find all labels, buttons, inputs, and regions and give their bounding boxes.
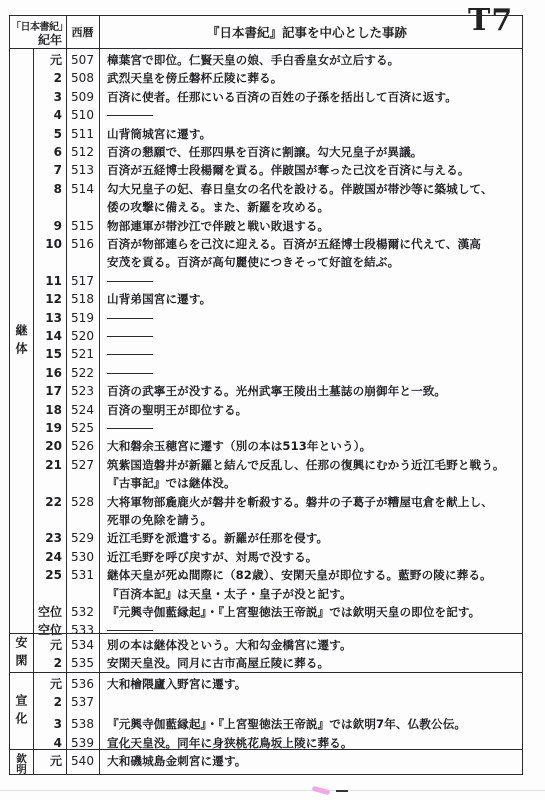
regnal-year: 17 <box>33 382 62 400</box>
regnal-year: 元 <box>33 51 62 69</box>
event-text <box>107 106 516 124</box>
event-text: 『元興寺伽藍縁起』・『上宮聖徳法王帝説』では欽明天皇の即位を記す。 <box>107 603 516 621</box>
event-text: 物部連軍が帯沙江で伴跛と戦い敗退する。 <box>107 217 516 235</box>
western-year: 517 <box>66 272 99 290</box>
western-year: 522 <box>66 364 99 382</box>
event-text: 大和檜隈廬入野宮に遷す。 <box>107 675 516 693</box>
table-row: 元534別の本は継体没という。大和勾金橋宮に遷す。 <box>10 636 522 654</box>
regnal-year: 10 <box>33 235 62 253</box>
table-row: 2508武烈天皇を傍丘磐杯丘陵に葬る。 <box>10 69 522 87</box>
table-row: 3538『元興寺伽藍縁起』・『上宮聖徳法王帝説』では欽明7年、仏教公伝。 <box>10 715 522 733</box>
header-events: 『日本書紀』記事を中心とした事跡 <box>99 16 522 48</box>
event-text: 死罪の免除を請う。 <box>107 511 516 529</box>
era-section: 継体元507樟葉宮で即位。仁賢天皇の娘、手白香皇女が立后する。2508武烈天皇を… <box>10 51 522 633</box>
event-text: 大和磯城島金刺宮に遷す。 <box>107 752 516 770</box>
regnal-year: 元 <box>33 675 62 693</box>
western-year: 515 <box>66 217 99 235</box>
no-record-dash <box>107 630 153 631</box>
western-year: 512 <box>66 143 99 161</box>
event-text: 武烈天皇を傍丘磐杯丘陵に葬る。 <box>107 69 516 87</box>
regnal-year: 2 <box>33 654 62 672</box>
event-text: 百済が物部連らを己汶に迎える。百済が五経博士段楊爾に代えて、漢高 <box>107 235 516 253</box>
table-row: 16522 <box>10 364 522 382</box>
western-year: 527 <box>66 456 99 474</box>
regnal-year: 2 <box>33 69 62 87</box>
header-seireki: 西暦 <box>66 16 100 48</box>
western-year: 535 <box>66 654 99 672</box>
regnal-year: 9 <box>33 217 62 235</box>
event-text: 山背弟国宮に遷す。 <box>107 290 516 308</box>
table-row: 9515物部連軍が帯沙江で伴跛と戦い敗退する。 <box>10 217 522 235</box>
no-record-dash <box>107 318 153 319</box>
era-section: 欽明元540大和磯城島金刺宮に遷す。 <box>10 749 522 777</box>
no-record-dash <box>107 354 153 355</box>
table-row: 元507樟葉宮で即位。仁賢天皇の娘、手白香皇女が立后する。 <box>10 51 522 69</box>
event-text <box>107 419 516 437</box>
event-text: 安茂を貢る。百済が高句麗使につきそって好誼を結ぶ。 <box>107 253 516 271</box>
regnal-year: 24 <box>33 548 62 566</box>
table-row: 19525 <box>10 419 522 437</box>
table-row: 7513百済が五経博士段楊爾を貢る。伴跛国が奪った己汶を百済に与える。 <box>10 161 522 179</box>
regnal-year: 18 <box>33 401 62 419</box>
table-row: 14520 <box>10 327 522 345</box>
regnal-year: 15 <box>33 345 62 363</box>
western-year: 508 <box>66 69 99 87</box>
western-year: 529 <box>66 529 99 547</box>
era-section: 安閑元534別の本は継体没という。大和勾金橋宮に遷す。2535安閑天皇没。同月に… <box>10 633 522 673</box>
western-year: 536 <box>66 675 99 693</box>
table-row: 25531継体天皇が死ぬ間際に（82歳）、安閑天皇が即位する。藍野の陵に葬る。 <box>10 566 522 584</box>
table-row-continuation: 『古事記』では継体没。 <box>10 474 522 492</box>
table-row: 24530近江毛野を呼び戻すが、対馬で没する。 <box>10 548 522 566</box>
regnal-year: 21 <box>33 456 62 474</box>
western-year: 528 <box>66 493 99 511</box>
event-text: 大将軍物部麁鹿火が磐井を斬殺する。磐井の子葛子が糟屋屯倉を献上し、 <box>107 493 516 511</box>
table-row: 13519 <box>10 309 522 327</box>
era-section: 宣化元536大和檜隈廬入野宮に遷す。25373538『元興寺伽藍縁起』・『上宮聖… <box>10 672 522 750</box>
table-row: 11517 <box>10 272 522 290</box>
western-year: 538 <box>66 715 99 733</box>
western-year: 530 <box>66 548 99 566</box>
no-record-dash <box>107 336 153 337</box>
table-row: 2535安閑天皇没。同月に古市高屋丘陵に葬る。 <box>10 654 522 672</box>
table-row: 15521 <box>10 345 522 363</box>
regnal-year: 6 <box>33 143 62 161</box>
western-year: 540 <box>66 752 99 770</box>
table-row: 元540大和磯城島金刺宮に遷す。 <box>10 752 522 770</box>
event-text: 倭の攻撃に備える。また、新羅を攻める。 <box>107 198 516 216</box>
table-row: 5511山背筒城宮に遷す。 <box>10 125 522 143</box>
table-row: 18524百済の聖明王が即位する。 <box>10 401 522 419</box>
western-year: 507 <box>66 51 99 69</box>
event-text: 『元興寺伽藍縁起』・『上宮聖徳法王帝説』では欽明7年、仏教公伝。 <box>107 715 516 733</box>
western-year: 519 <box>66 309 99 327</box>
scan-edge <box>0 790 545 791</box>
western-year: 509 <box>66 88 99 106</box>
table-row: 12518山背弟国宮に遷す。 <box>10 290 522 308</box>
event-text: 樟葉宮で即位。仁賢天皇の娘、手白香皇女が立后する。 <box>107 51 516 69</box>
western-year: 537 <box>66 693 99 711</box>
table-row-continuation: 倭の攻撃に備える。また、新羅を攻める。 <box>10 198 522 216</box>
western-year: 511 <box>66 125 99 143</box>
event-text <box>107 327 516 345</box>
event-text: 百済の懇願で、任那四県を百済に割譲。勾大兄皇子が異議。 <box>107 143 516 161</box>
regnal-year: 元 <box>33 752 62 770</box>
table-header: 「日本書紀」 紀年 西暦 『日本書紀』記事を中心とした事跡 <box>10 16 522 49</box>
regnal-year: 16 <box>33 364 62 382</box>
western-year: 514 <box>66 180 99 198</box>
regnal-year: 22 <box>33 493 62 511</box>
western-year: 534 <box>66 636 99 654</box>
table-row: 10516百済が物部連らを己汶に迎える。百済が五経博士段楊爾に代えて、漢高 <box>10 235 522 253</box>
western-year: 526 <box>66 437 99 455</box>
event-text: 『古事記』では継体没。 <box>107 474 516 492</box>
no-record-dash <box>107 115 153 116</box>
regnal-year: 3 <box>33 715 62 733</box>
table-row: 8514勾大兄皇子の妃、春日皇女の名代を設ける。伴跛国が帯沙等に築城して、 <box>10 180 522 198</box>
western-year: 516 <box>66 235 99 253</box>
pink-mark <box>312 786 331 795</box>
event-text: 『百済本記』は天皇・太子・皇子が没と記す。 <box>107 585 516 603</box>
regnal-year: 20 <box>33 437 62 455</box>
regnal-year: 19 <box>33 419 62 437</box>
table-row: 4510 <box>10 106 522 124</box>
event-text <box>107 364 516 382</box>
header-nenki: 「日本書紀」 紀年 <box>10 16 67 48</box>
event-text: 大和磐余玉穂宮に遷す（別の本は513年という）。 <box>107 437 516 455</box>
table-row: 21527筑紫国造磐井が新羅と結んで反乱し、任那の復興にむかう近江毛野と戦う。 <box>10 456 522 474</box>
regnal-year: 7 <box>33 161 62 179</box>
table-row: 2537 <box>10 693 522 711</box>
event-text: 百済の武寧王が没する。光州武寧王陵出土墓誌の崩御年と一致。 <box>107 382 516 400</box>
event-text: 継体天皇が死ぬ間際に（82歳）、安閑天皇が即位する。藍野の陵に葬る。 <box>107 566 516 584</box>
event-text <box>107 309 516 327</box>
western-year: 525 <box>66 419 99 437</box>
table-row: 3509百済に使者。任那にいる百済の百姓の子孫を括出して百済に返す。 <box>10 88 522 106</box>
regnal-year: 4 <box>33 106 62 124</box>
event-text: 勾大兄皇子の妃、春日皇女の名代を設ける。伴跛国が帯沙等に築城して、 <box>107 180 516 198</box>
table-row: 20526大和磐余玉穂宮に遷す（別の本は513年という）。 <box>10 437 522 455</box>
ink-mark <box>336 790 348 792</box>
western-year: 532 <box>66 603 99 621</box>
regnal-year: 5 <box>33 125 62 143</box>
table-row: 17523百済の武寧王が没する。光州武寧王陵出土墓誌の崩御年と一致。 <box>10 382 522 400</box>
event-text: 安閑天皇没。同月に古市高屋丘陵に葬る。 <box>107 654 516 672</box>
regnal-year: 12 <box>33 290 62 308</box>
event-text <box>107 272 516 290</box>
regnal-year: 2 <box>33 693 62 711</box>
table-row: 6512百済の懇願で、任那四県を百済に割譲。勾大兄皇子が異議。 <box>10 143 522 161</box>
western-year: 520 <box>66 327 99 345</box>
event-text: 百済の聖明王が即位する。 <box>107 401 516 419</box>
regnal-year: 元 <box>33 636 62 654</box>
regnal-year: 13 <box>33 309 62 327</box>
western-year: 531 <box>66 566 99 584</box>
regnal-year: 14 <box>33 327 62 345</box>
table-row: 空位532『元興寺伽藍縁起』・『上宮聖徳法王帝説』では欽明天皇の即位を記す。 <box>10 603 522 621</box>
regnal-year: 25 <box>33 566 62 584</box>
western-year: 518 <box>66 290 99 308</box>
chronology-table: 「日本書紀」 紀年 西暦 『日本書紀』記事を中心とした事跡 継体元507樟葉宮で… <box>9 15 523 775</box>
event-text: 百済に使者。任那にいる百済の百姓の子孫を括出して百済に返す。 <box>107 88 516 106</box>
western-year: 513 <box>66 161 99 179</box>
event-text: 百済が五経博士段楊爾を貢る。伴跛国が奪った己汶を百済に与える。 <box>107 161 516 179</box>
regnal-year: 空位 <box>33 603 62 621</box>
western-year: 521 <box>66 345 99 363</box>
event-text <box>107 345 516 363</box>
western-year: 523 <box>66 382 99 400</box>
western-year: 524 <box>66 401 99 419</box>
western-year: 510 <box>66 106 99 124</box>
regnal-year: 3 <box>33 88 62 106</box>
header-nenki-line2: 紀年 <box>38 31 62 48</box>
event-text: 別の本は継体没という。大和勾金橋宮に遷す。 <box>107 636 516 654</box>
table-row: 元536大和檜隈廬入野宮に遷す。 <box>10 675 522 693</box>
table-row: 23529近江毛野を派遣する。新羅が任那を侵す。 <box>10 529 522 547</box>
event-text: 筑紫国造磐井が新羅と結んで反乱し、任那の復興にむかう近江毛野と戦う。 <box>107 456 516 474</box>
table-row-continuation: 安茂を貢る。百済が高句麗使につきそって好誼を結ぶ。 <box>10 253 522 271</box>
table-row-continuation: 『百済本記』は天皇・太子・皇子が没と記す。 <box>10 585 522 603</box>
table-row: 22528大将軍物部麁鹿火が磐井を斬殺する。磐井の子葛子が糟屋屯倉を献上し、 <box>10 493 522 511</box>
event-text: 近江毛野を派遣する。新羅が任那を侵す。 <box>107 529 516 547</box>
no-record-dash <box>107 281 153 282</box>
no-record-dash <box>107 373 153 374</box>
table-row-continuation: 死罪の免除を請う。 <box>10 511 522 529</box>
no-record-dash <box>107 428 153 429</box>
event-text: 近江毛野を呼び戻すが、対馬で没する。 <box>107 548 516 566</box>
regnal-year: 23 <box>33 529 62 547</box>
table-body: 継体元507樟葉宮で即位。仁賢天皇の娘、手白香皇女が立后する。2508武烈天皇を… <box>10 48 522 774</box>
regnal-year: 11 <box>33 272 62 290</box>
regnal-year: 8 <box>33 180 62 198</box>
event-text: 山背筒城宮に遷す。 <box>107 125 516 143</box>
